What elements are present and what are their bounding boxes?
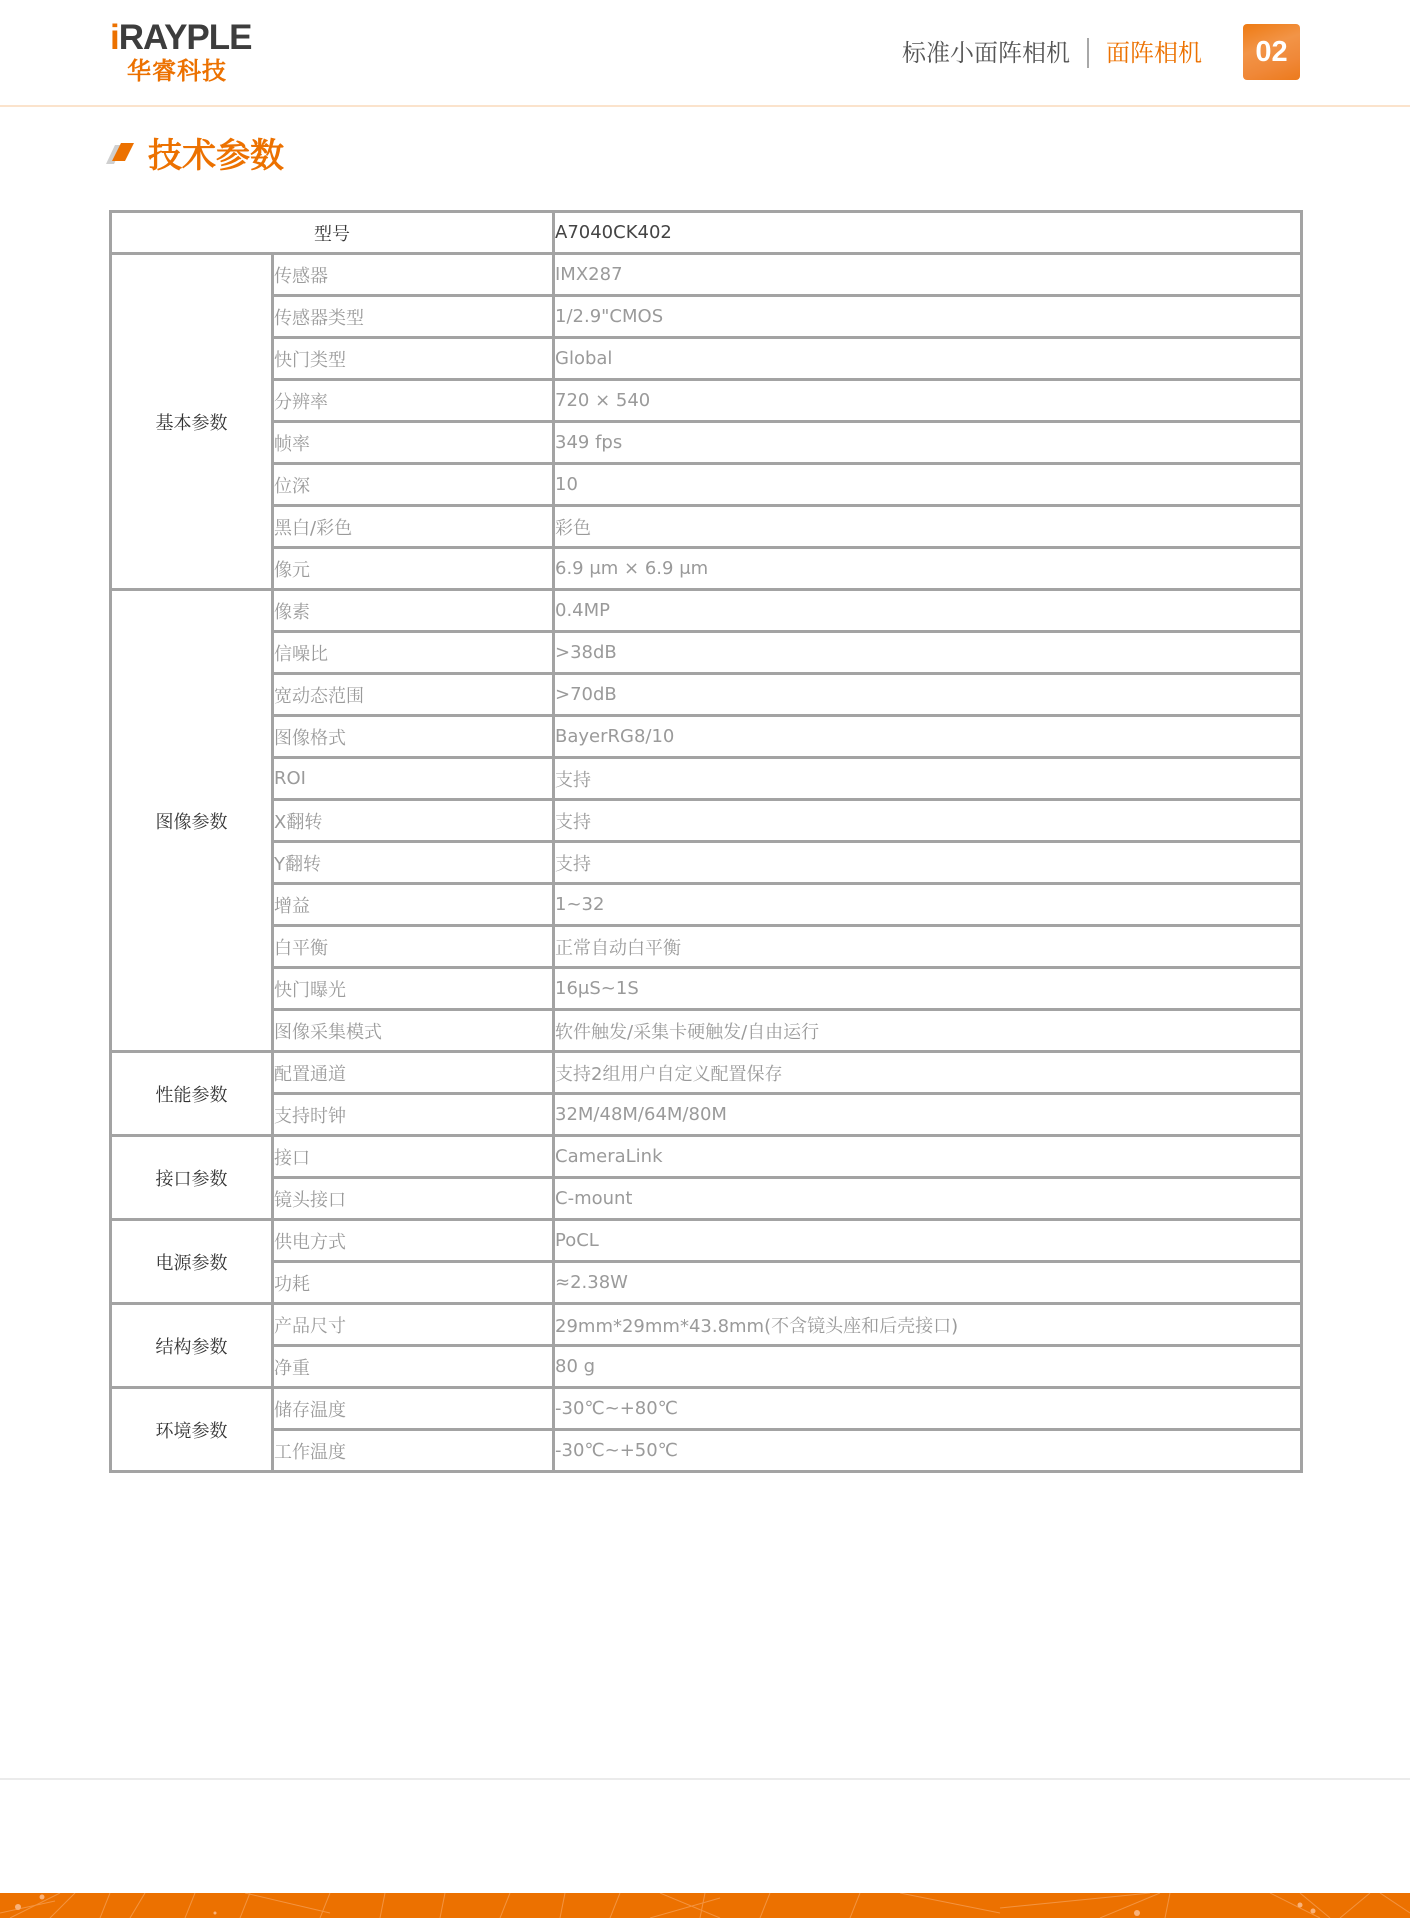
header-divider — [1087, 38, 1089, 68]
param-value: IMX287 — [554, 254, 1302, 296]
category-label: 标准小面阵相机 — [902, 36, 1070, 70]
param-value: >70dB — [554, 674, 1302, 716]
footer-divider-line — [0, 1778, 1410, 1780]
table-row: 快门类型Global — [111, 338, 1302, 380]
table-row: 净重80 g — [111, 1346, 1302, 1388]
logo-prefix: i — [110, 18, 119, 57]
param-value: 正常自动白平衡 — [554, 926, 1302, 968]
table-row: 图像格式BayerRG8/10 — [111, 716, 1302, 758]
logo-chinese-name: 华睿科技 — [127, 56, 227, 86]
network-pattern-icon — [0, 1893, 1410, 1918]
param-label: 图像格式 — [273, 716, 554, 758]
param-value: 软件触发/采集卡硬触发/自由运行 — [554, 1010, 1302, 1052]
param-value: -30℃~+80℃ — [554, 1388, 1302, 1430]
param-label: 像元 — [273, 548, 554, 590]
table-row: ROI支持 — [111, 758, 1302, 800]
param-label: 工作温度 — [273, 1430, 554, 1472]
group-label: 结构参数 — [111, 1304, 273, 1388]
table-row: 像元6.9 μm × 6.9 μm — [111, 548, 1302, 590]
table-row: 分辨率720 × 540 — [111, 380, 1302, 422]
param-value: 720 × 540 — [554, 380, 1302, 422]
section-title: 技术参数 — [148, 136, 284, 176]
param-value: 80 g — [554, 1346, 1302, 1388]
model-label: 型号 — [111, 212, 554, 254]
param-value: 支持 — [554, 842, 1302, 884]
model-value: A7040CK402 — [554, 212, 1302, 254]
param-label: 镜头接口 — [273, 1178, 554, 1220]
group-label: 接口参数 — [111, 1136, 273, 1220]
param-label: 分辨率 — [273, 380, 554, 422]
param-value: 1/2.9"CMOS — [554, 296, 1302, 338]
param-value: 彩色 — [554, 506, 1302, 548]
param-value: 10 — [554, 464, 1302, 506]
param-label: 白平衡 — [273, 926, 554, 968]
table-row: 性能参数配置通道支持2组用户自定义配置保存 — [111, 1052, 1302, 1094]
table-row: 黑白/彩色彩色 — [111, 506, 1302, 548]
group-label: 环境参数 — [111, 1388, 273, 1472]
param-label: 接口 — [273, 1136, 554, 1178]
param-label: 黑白/彩色 — [273, 506, 554, 548]
param-value: 1~32 — [554, 884, 1302, 926]
param-value: 29mm*29mm*43.8mm(不含镜头座和后壳接口) — [554, 1304, 1302, 1346]
brand-logo: iRAYPLE 华睿科技 — [110, 18, 280, 88]
table-row: 宽动态范围>70dB — [111, 674, 1302, 716]
table-row: X翻转支持 — [111, 800, 1302, 842]
page-number-badge: 02 — [1243, 24, 1300, 80]
param-value: 支持 — [554, 800, 1302, 842]
param-value: 16μS~1S — [554, 968, 1302, 1010]
spec-table: 型号 A7040CK402 基本参数传感器IMX287传感器类型1/2.9"CM… — [109, 210, 1303, 1473]
param-value: -30℃~+50℃ — [554, 1430, 1302, 1472]
footer-bar — [0, 1893, 1410, 1918]
param-label: 信噪比 — [273, 632, 554, 674]
param-label: 帧率 — [273, 422, 554, 464]
table-row: 环境参数储存温度-30℃~+80℃ — [111, 1388, 1302, 1430]
param-label: 增益 — [273, 884, 554, 926]
param-value: CameraLink — [554, 1136, 1302, 1178]
table-row: 电源参数供电方式PoCL — [111, 1220, 1302, 1262]
param-value: Global — [554, 338, 1302, 380]
table-row: 图像采集模式软件触发/采集卡硬触发/自由运行 — [111, 1010, 1302, 1052]
param-value: >38dB — [554, 632, 1302, 674]
table-row: 镜头接口C-mount — [111, 1178, 1302, 1220]
param-label: 储存温度 — [273, 1388, 554, 1430]
slash-accent-icon — [106, 143, 134, 165]
table-row: 基本参数传感器IMX287 — [111, 254, 1302, 296]
param-label: 配置通道 — [273, 1052, 554, 1094]
logo-wordmark: iRAYPLE — [110, 18, 252, 58]
table-row: 支持时钟32M/48M/64M/80M — [111, 1094, 1302, 1136]
table-row: 白平衡正常自动白平衡 — [111, 926, 1302, 968]
param-label: 位深 — [273, 464, 554, 506]
header-divider-line — [0, 105, 1410, 107]
group-label: 图像参数 — [111, 590, 273, 1052]
subcategory-label: 面阵相机 — [1106, 36, 1202, 70]
param-value: 6.9 μm × 6.9 μm — [554, 548, 1302, 590]
param-label: 图像采集模式 — [273, 1010, 554, 1052]
param-value: BayerRG8/10 — [554, 716, 1302, 758]
table-row: 快门曝光16μS~1S — [111, 968, 1302, 1010]
group-label: 基本参数 — [111, 254, 273, 590]
param-label: 产品尺寸 — [273, 1304, 554, 1346]
table-row: 图像参数像素0.4MP — [111, 590, 1302, 632]
table-row: 传感器类型1/2.9"CMOS — [111, 296, 1302, 338]
page-header: iRAYPLE 华睿科技 标准小面阵相机 面阵相机 02 — [0, 0, 1410, 106]
group-label: 性能参数 — [111, 1052, 273, 1136]
param-label: 供电方式 — [273, 1220, 554, 1262]
table-row: Y翻转支持 — [111, 842, 1302, 884]
table-row: 结构参数产品尺寸29mm*29mm*43.8mm(不含镜头座和后壳接口) — [111, 1304, 1302, 1346]
param-value: 32M/48M/64M/80M — [554, 1094, 1302, 1136]
param-value: PoCL — [554, 1220, 1302, 1262]
table-row-model: 型号 A7040CK402 — [111, 212, 1302, 254]
param-label: 功耗 — [273, 1262, 554, 1304]
param-label: X翻转 — [273, 800, 554, 842]
param-label: 快门曝光 — [273, 968, 554, 1010]
param-label: 支持时钟 — [273, 1094, 554, 1136]
param-value: 349 fps — [554, 422, 1302, 464]
table-row: 工作温度-30℃~+50℃ — [111, 1430, 1302, 1472]
param-label: 传感器类型 — [273, 296, 554, 338]
table-row: 帧率349 fps — [111, 422, 1302, 464]
table-row: 信噪比>38dB — [111, 632, 1302, 674]
param-value: 支持 — [554, 758, 1302, 800]
param-label: 快门类型 — [273, 338, 554, 380]
table-row: 功耗≈2.38W — [111, 1262, 1302, 1304]
param-label: Y翻转 — [273, 842, 554, 884]
table-row: 位深10 — [111, 464, 1302, 506]
group-label: 电源参数 — [111, 1220, 273, 1304]
param-value: 支持2组用户自定义配置保存 — [554, 1052, 1302, 1094]
logo-brand: RAYPLE — [119, 18, 252, 57]
table-row: 接口参数接口CameraLink — [111, 1136, 1302, 1178]
param-value: 0.4MP — [554, 590, 1302, 632]
param-label: 传感器 — [273, 254, 554, 296]
param-label: 宽动态范围 — [273, 674, 554, 716]
param-label: 净重 — [273, 1346, 554, 1388]
param-label: ROI — [273, 758, 554, 800]
param-value: C-mount — [554, 1178, 1302, 1220]
param-value: ≈2.38W — [554, 1262, 1302, 1304]
table-row: 增益1~32 — [111, 884, 1302, 926]
param-label: 像素 — [273, 590, 554, 632]
